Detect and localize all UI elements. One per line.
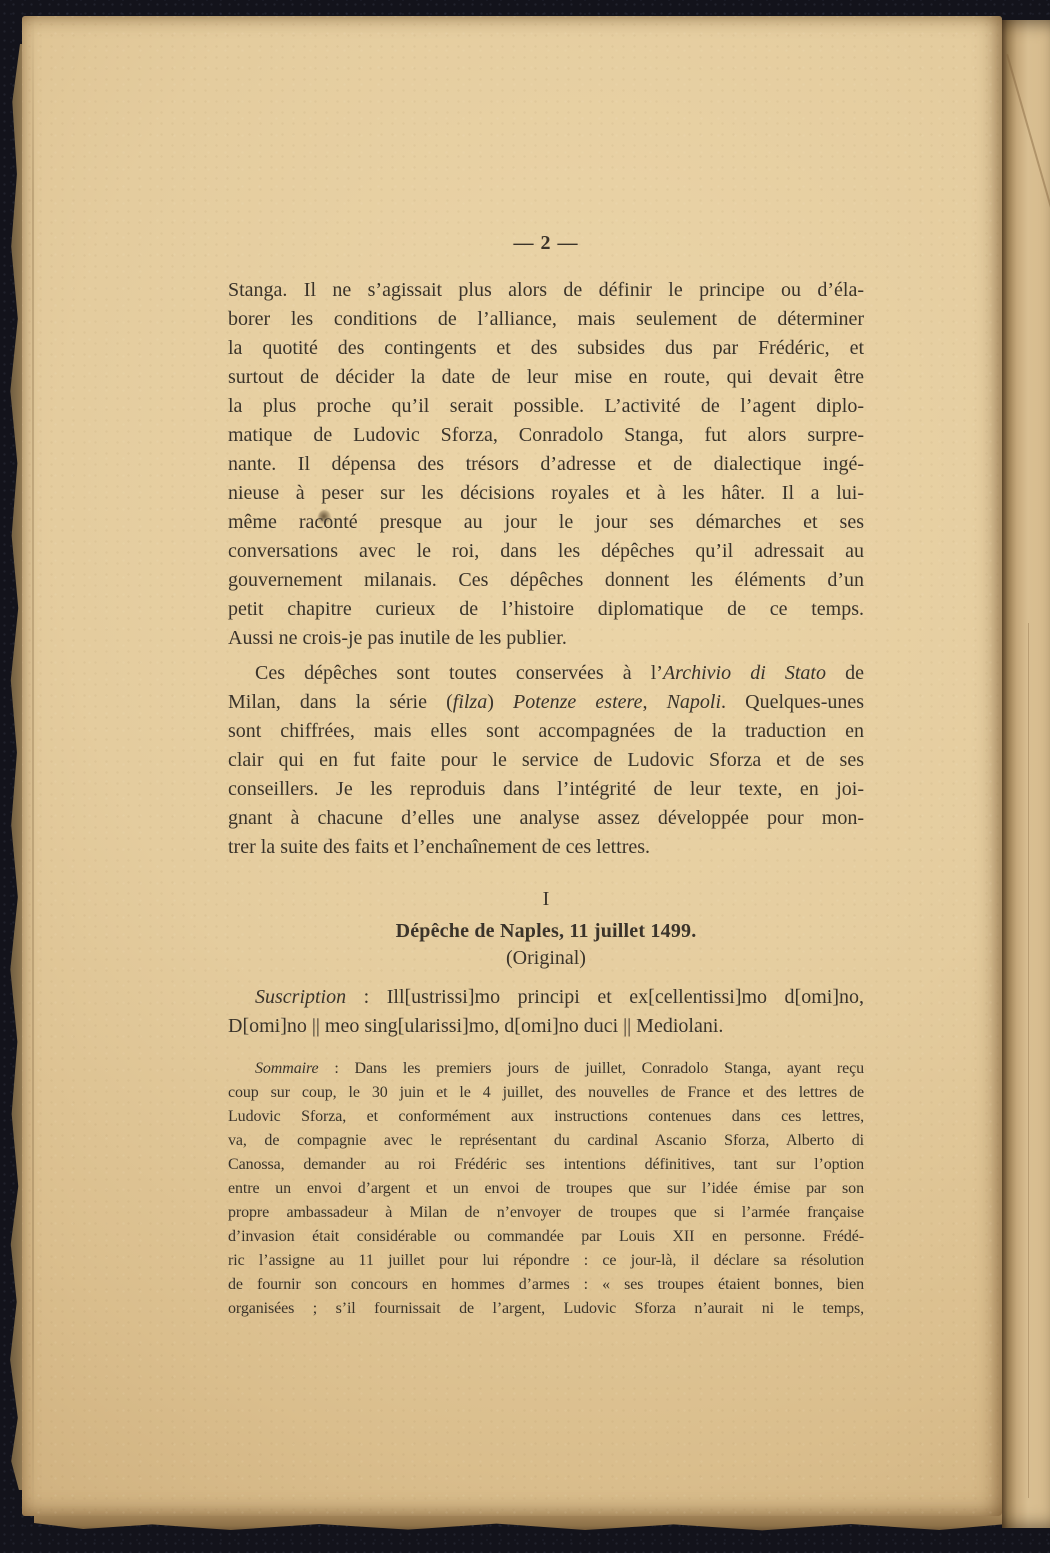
text-line: petit chapitre curieux de l’histoire dip… [228,595,864,624]
text-line: trer la suite des faits et l’enchaînemen… [228,833,864,862]
paper-fold-line [32,16,34,1516]
text-line: ric l’assigne au 11 juillet pour lui rép… [228,1249,864,1273]
text-line: gnant à chacune d’elles une analyse asse… [228,804,864,833]
dispatch-subtitle: (Original) [228,945,864,971]
dispatch-title: Dépêche de Naples, 11 juillet 1499. [228,918,864,945]
text-line: propre ambassadeur à Milan de n’envoyer … [228,1201,864,1225]
text-line: clair qui en fut faite pour le service d… [228,746,864,775]
text-line: de fournir son concours en hommes d’arme… [228,1273,864,1297]
text-line: Suscription : Ill[ustrissi]mo principi e… [228,983,864,1012]
text-line: organisées ; s’il fournissait de l’argen… [228,1297,864,1321]
text-line: Sommaire : Dans les premiers jours de ju… [228,1057,864,1081]
page-corner-crease [1006,54,1050,218]
suscription-paragraph: Suscription : Ill[ustrissi]mo principi e… [228,983,864,1041]
section-numeral: I [228,886,864,912]
book-fore-edge-pages [1002,20,1050,1528]
text-line: Ludovic Sforza, et conformément aux inst… [228,1105,864,1129]
text-line: même raconté presque au jour le jour ses… [228,508,864,537]
sommaire-paragraph: Sommaire : Dans les premiers jours de ju… [228,1057,864,1321]
book-page: — 2 — Stanga. Il ne s’agissait plus alor… [22,16,1002,1516]
text-line: gouvernement milanais. Ces dépêches donn… [228,566,864,595]
text-line: d’invasion était considérable ou command… [228,1225,864,1249]
text-line: va, de compagnie avec le représentant du… [228,1129,864,1153]
text-block: — 2 — Stanga. Il ne s’agissait plus alor… [228,230,864,1321]
paragraph-archives: Ces dépêches sont toutes conservées à l’… [228,659,864,862]
page-edge-line [1028,623,1029,1498]
text-line: Stanga. Il ne s’agissait plus alors de d… [228,276,864,305]
text-line: Canossa, demander au roi Frédéric ses in… [228,1153,864,1177]
text-line: borer les conditions de l’alliance, mais… [228,305,864,334]
text-line: D[omi]no || meo sing[ularissi]mo, d[omi]… [228,1012,864,1041]
page-number: — 2 — [228,230,864,256]
text-line: sont chiffrées, mais elles sont accompag… [228,717,864,746]
text-line: nieuse à peser sur les décisions royales… [228,479,864,508]
text-line: conversations avec le roi, dans les dépê… [228,537,864,566]
text-line: matique de Ludovic Sforza, Conradolo Sta… [228,421,864,450]
text-line: entre un envoi d’argent et un envoi de t… [228,1177,864,1201]
text-line: nante. Il dépensa des trésors d’adresse … [228,450,864,479]
text-line: conseillers. Je les reproduis dans l’int… [228,775,864,804]
text-line: coup sur coup, le 30 juin et le 4 juille… [228,1081,864,1105]
text-line: Aussi ne crois-je pas inutile de les pub… [228,624,864,653]
text-line: la quotité des contingents et des subsid… [228,334,864,363]
text-line: la plus proche qu’il serait possible. L’… [228,392,864,421]
text-line: Milan, dans la série (filza) Potenze est… [228,688,864,717]
scanned-book-photo: — 2 — Stanga. Il ne s’agissait plus alor… [0,0,1050,1553]
text-line: Ces dépêches sont toutes conservées à l’… [228,659,864,688]
text-line: surtout de décider la date de leur mise … [228,363,864,392]
paragraph-continuation: Stanga. Il ne s’agissait plus alors de d… [228,276,864,653]
